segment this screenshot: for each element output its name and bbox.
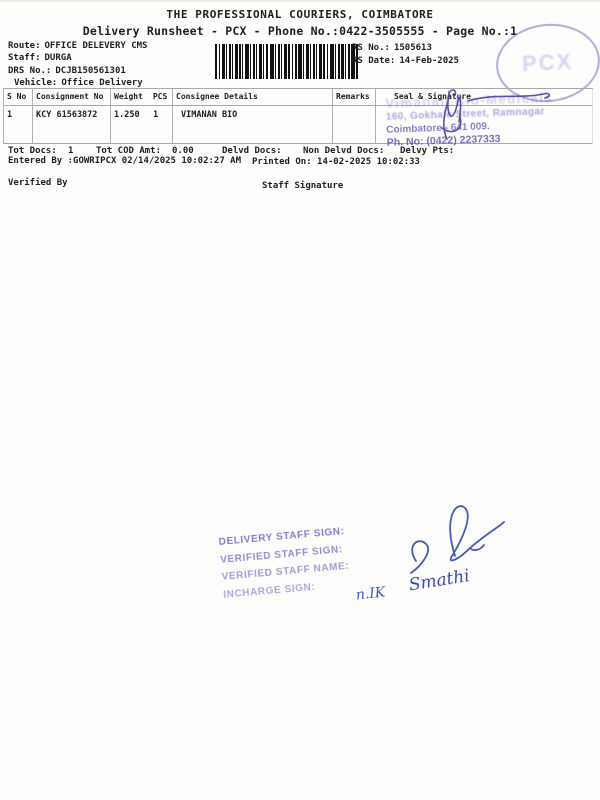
incharge-sign-handwriting: n.IK — [355, 584, 387, 603]
rs-date-value: 14-Feb-2025 — [399, 56, 459, 66]
route-label: Route: — [8, 41, 41, 51]
pcx-stamp-text: PCX — [522, 49, 575, 78]
col-header-remarks: Remarks — [333, 89, 376, 106]
delvd-docs-label: Delvd Docs: — [222, 146, 282, 156]
non-delvd-docs-label: Non Delvd Docs: — [303, 146, 384, 156]
staff-signature-label: Staff Signature — [262, 181, 343, 191]
row-weight: 1.250 — [114, 110, 148, 120]
drs-line: DRS No.:DCJB150561301 — [8, 66, 130, 76]
verify-stamp-incharge-sign: INCHARGE SIGN: — [223, 575, 352, 604]
route-line: Route:OFFICE DELEVERY CMS — [8, 41, 151, 51]
tot-docs-value: 1 — [68, 146, 73, 156]
rs-no-value: 1505613 — [394, 43, 432, 53]
row-seal-signature-cell — [376, 106, 593, 144]
verified-by-label: Verified By — [8, 178, 68, 188]
verify-stamp-verified-name: VERIFIED STAFF NAME: — [221, 558, 350, 587]
vehicle-label: Vehicle: — [14, 78, 57, 88]
tot-cod-value: 0.00 — [172, 146, 194, 156]
scan-edge — [0, 0, 600, 3]
tot-docs-label: Tot Docs: — [8, 146, 57, 156]
verify-stamp-verified-sign: VERIFIED STAFF SIGN: — [220, 540, 349, 569]
col-header-weight: Weight — [114, 92, 148, 101]
vehicle-line: Vehicle:Office Delivery — [14, 78, 147, 88]
consignment-barcode — [215, 44, 358, 79]
tot-cod-label: Tot COD Amt: — [96, 146, 161, 156]
rs-date-label: RS Date: — [352, 56, 395, 66]
verify-stamp-delivery-sign: DELIVERY STAFF SIGN: — [218, 523, 347, 552]
delivery-runsheet-document: THE PROFESSIONAL COURIERS, COIMBATORE De… — [0, 0, 600, 800]
route-value: OFFICE DELEVERY CMS — [45, 41, 148, 51]
page-title: THE PROFESSIONAL COURIERS, COIMBATORE — [0, 8, 600, 21]
col-header-seal-signature: Seal & Signature — [376, 89, 593, 106]
runsheet-table: S No Consignment No Weight PCS Consignee… — [3, 88, 593, 144]
delvy-pts-label: Delvy Pts: — [400, 146, 454, 156]
col-header-sno: S No — [4, 89, 33, 106]
row-sno: 1 — [4, 106, 33, 144]
col-header-consignment-no: Consignment No — [33, 89, 111, 106]
row-consignee: VIMANAN BIO — [173, 106, 333, 144]
col-header-pcs: PCS — [153, 92, 167, 101]
rs-no-label: RS No.: — [352, 43, 390, 53]
row-weight-pcs: 1.250 1 — [111, 106, 173, 144]
staff-label: Staff: — [8, 53, 41, 63]
row-consignment-no: KCY 61563872 — [33, 106, 111, 144]
staff-value: DURGA — [45, 53, 72, 63]
page-subtitle: Delivery Runsheet - PCX - Phone No.:0422… — [0, 24, 600, 38]
row-pcs: 1 — [153, 110, 158, 120]
row-remarks — [333, 106, 376, 144]
entered-by-line: Entered By :GOWRIPCX 02/14/2025 10:02:27… — [8, 156, 241, 166]
drs-value: DCJB150561301 — [55, 66, 125, 76]
staff-signature-flourish — [411, 506, 504, 573]
drs-label: DRS No.: — [8, 66, 51, 76]
verification-stamp: DELIVERY STAFF SIGN: VERIFIED STAFF SIGN… — [218, 523, 352, 604]
vehicle-value: Office Delivery — [61, 78, 142, 88]
printed-on-line: Printed On: 14-02-2025 10:02:33 — [252, 157, 420, 167]
rs-no-line: RS No.:1505613 — [352, 43, 436, 53]
staff-line: Staff:DURGA — [8, 53, 76, 63]
rs-date-line: RS Date:14-Feb-2025 — [352, 56, 463, 66]
col-header-weight-pcs: Weight PCS — [111, 89, 173, 106]
staff-signature-handwriting: Smathi — [408, 566, 472, 595]
col-header-consignee: Consignee Details — [173, 89, 333, 106]
